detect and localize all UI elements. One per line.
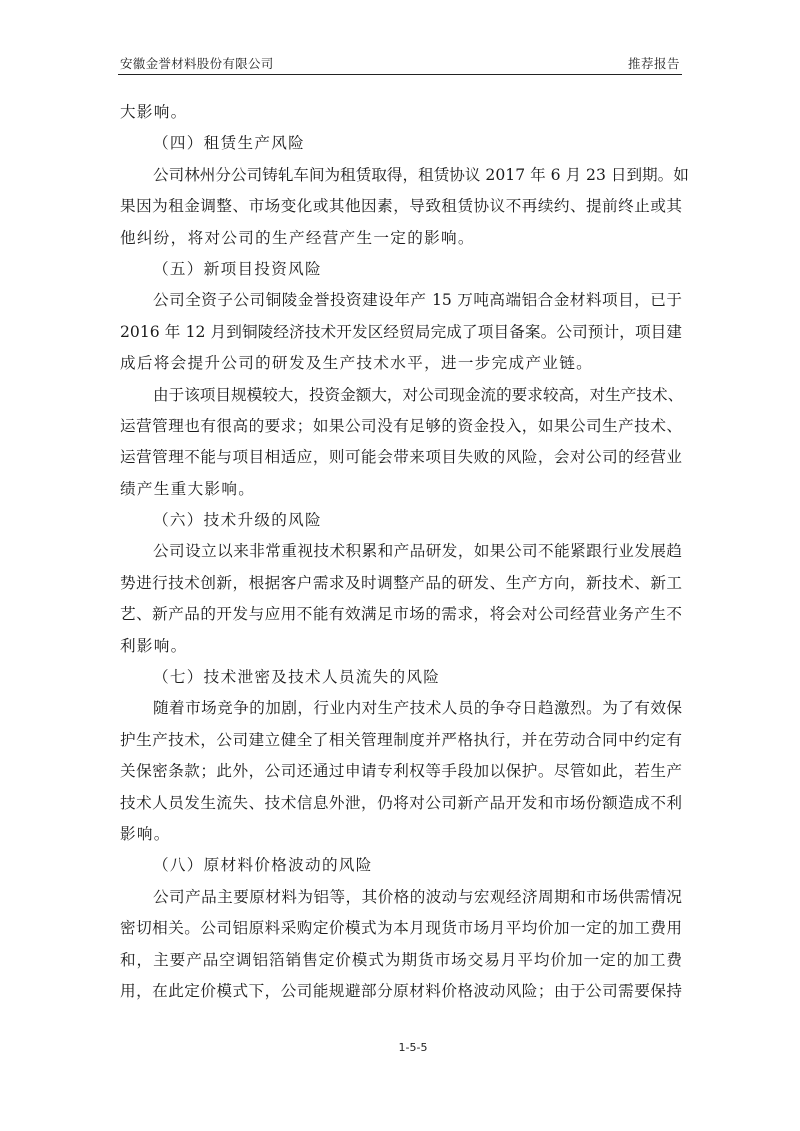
- body-text-line: 运营管理也有很高的要求；如果公司没有足够的资金投入，如果公司生产技术、: [120, 411, 682, 442]
- body-text-line: 密切相关。公司铝原料采购定价模式为本月现货市场月平均价加一定的加工费用: [120, 913, 682, 944]
- body-text-line: 利影响。: [120, 631, 682, 662]
- body-text-line: 公司全资子公司铜陵金誉投资建设年产 15 万吨高端铝合金材料项目，已于: [120, 285, 682, 316]
- body-text-line: 影响。: [120, 819, 682, 850]
- page-number: 1-5-5: [0, 1041, 800, 1054]
- body-text-line: 用，在此定价模式下，公司能规避部分原材料价格波动风险；由于公司需要保持: [120, 976, 682, 1007]
- header-divider: [118, 74, 682, 75]
- body-text-line: 果因为租金调整、市场变化或其他因素，导致租赁协议不再续约、提前终止或其: [120, 191, 682, 222]
- section-heading: （八）原材料价格波动的风险: [120, 850, 682, 881]
- body-text-line: 成后将会提升公司的研发及生产技术水平，进一步完成产业链。: [120, 348, 682, 379]
- header-document-type: 推荐报告: [628, 54, 680, 72]
- body-text-line: 公司产品主要原材料为铝等，其价格的波动与宏观经济周期和市场供需情况: [120, 882, 682, 913]
- header-company-name: 安徽金誉材料股份有限公司: [120, 54, 274, 72]
- body-text-line: 护生产技术，公司建立健全了相关管理制度并严格执行，并在劳动合同中约定有: [120, 725, 682, 756]
- document-body: 大影响。（四）租赁生产风险公司林州分公司铸轧车间为租赁取得，租赁协议 2017 …: [120, 97, 682, 1007]
- page-header: 安徽金誉材料股份有限公司 推荐报告: [118, 52, 682, 74]
- body-text-line: 和，主要产品空调铝箔销售定价模式为期货市场交易月平均价加一定的加工费: [120, 945, 682, 976]
- body-text-line: 技术人员发生流失、技术信息外泄，仍将对公司新产品开发和市场份额造成不利: [120, 788, 682, 819]
- body-text-line: 由于该项目规模较大，投资金额大，对公司现金流的要求较高，对生产技术、: [120, 380, 682, 411]
- body-text-line: 绩产生重大影响。: [120, 474, 682, 505]
- section-heading: （四）租赁生产风险: [120, 128, 682, 159]
- section-heading: （五）新项目投资风险: [120, 254, 682, 285]
- body-text-line: 2016 年 12 月到铜陵经济技术开发区经贸局完成了项目备案。公司预计，项目建: [120, 317, 682, 348]
- body-text-line: 关保密条款；此外，公司还通过申请专利权等手段加以保护。尽管如此，若生产: [120, 756, 682, 787]
- body-text-line: 他纠纷，将对公司的生产经营产生一定的影响。: [120, 223, 682, 254]
- body-text-line: 运营管理不能与项目相适应，则可能会带来项目失败的风险，会对公司的经营业: [120, 442, 682, 473]
- body-text-line: 随着市场竞争的加剧，行业内对生产技术人员的争夺日趋激烈。为了有效保: [120, 693, 682, 724]
- body-text-line: 艺、新产品的开发与应用不能有效满足市场的需求，将会对公司经营业务产生不: [120, 599, 682, 630]
- body-text-line: 势进行技术创新，根据客户需求及时调整产品的研发、生产方向，新技术、新工: [120, 568, 682, 599]
- body-text-line: 公司设立以来非常重视技术积累和产品研发，如果公司不能紧跟行业发展趋: [120, 536, 682, 567]
- section-heading: （六）技术升级的风险: [120, 505, 682, 536]
- body-text-line: 公司林州分公司铸轧车间为租赁取得，租赁协议 2017 年 6 月 23 日到期。…: [120, 160, 682, 191]
- body-text-line: 大影响。: [120, 97, 682, 128]
- section-heading: （七）技术泄密及技术人员流失的风险: [120, 662, 682, 693]
